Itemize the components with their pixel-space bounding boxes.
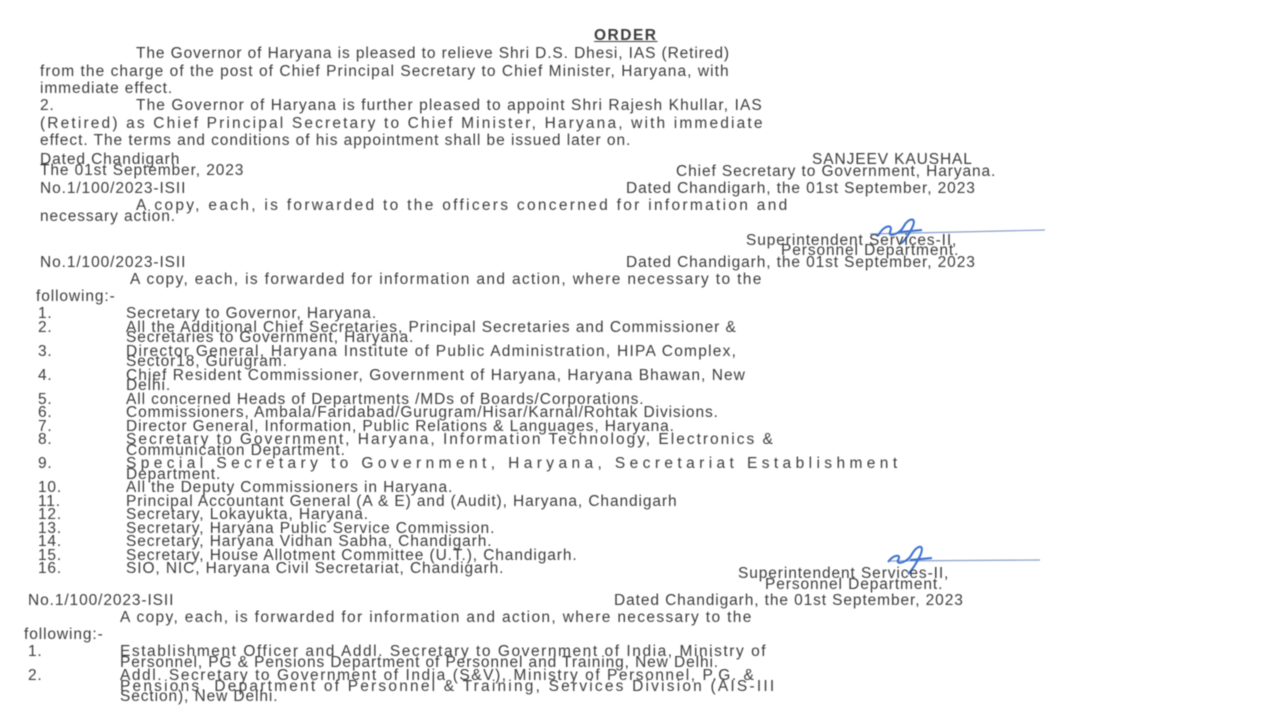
order-document: ORDER The Governor of Haryana is pleased… — [0, 0, 1280, 720]
list-item-number: 9. — [38, 456, 53, 472]
endorsement1-date: Dated Chandigarh, the 01st September, 20… — [626, 181, 976, 197]
endorsement2-signatory-dept: Personnel Department. — [765, 577, 943, 593]
endorsement1-line2: necessary action. — [40, 209, 176, 225]
endorsement1-ref-no: No.1/100/2023-ISII — [40, 181, 186, 197]
endorsement1-line1: A copy, each, is forwarded to the office… — [136, 198, 790, 214]
endorsement2-line1: A copy, each, is forwarded for informati… — [130, 272, 763, 288]
list-item-number: 4. — [38, 368, 53, 384]
list-item: SIO, NIC, Haryana Civil Secretariat, Cha… — [126, 561, 504, 577]
list-item-number: 2. — [38, 320, 53, 336]
endorsement3-ref-no: No.1/100/2023-ISII — [28, 593, 174, 609]
para1-line1: The Governor of Haryana is pleased to re… — [40, 46, 1252, 62]
endorsement3-date: Dated Chandigarh, the 01st September, 20… — [614, 593, 964, 609]
list-item-number: 1. — [28, 644, 43, 660]
dated-date: The 01st September, 2023 — [40, 163, 244, 179]
para1-line3: immediate effect. — [40, 81, 173, 97]
endorsement2-date: Dated Chandigarh, the 01st September, 20… — [626, 255, 976, 271]
para1-line2: from the charge of the post of Chief Pri… — [40, 64, 730, 80]
endorsement3-line1: A copy, each, is forwarded for informati… — [120, 610, 753, 626]
signatory-title: Chief Secretary to Government, Haryana. — [676, 164, 996, 180]
endorsement2-line2: following:- — [36, 289, 116, 305]
para2-line1: The Governor of Haryana is further pleas… — [136, 98, 763, 114]
list-item-number: 3. — [38, 344, 53, 360]
document-title: ORDER — [594, 28, 657, 44]
list-item: Section), New Delhi. — [120, 689, 278, 705]
list-item-number: 16. — [38, 561, 62, 577]
para2-number: 2. — [40, 98, 55, 114]
endorsement2-ref-no: No.1/100/2023-ISII — [40, 255, 186, 271]
para2-line3: effect. The terms and conditions of his … — [40, 133, 631, 149]
para2-line2: (Retired) as Chief Principal Secretary t… — [40, 116, 765, 132]
list-item: Special Secretary to Government, Haryana… — [126, 456, 902, 472]
endorsement3-line2: following:- — [24, 627, 104, 643]
list-item-number: 2. — [28, 668, 43, 684]
list-item-number: 8. — [38, 432, 53, 448]
list-item: Chief Resident Commissioner, Government … — [126, 368, 746, 384]
